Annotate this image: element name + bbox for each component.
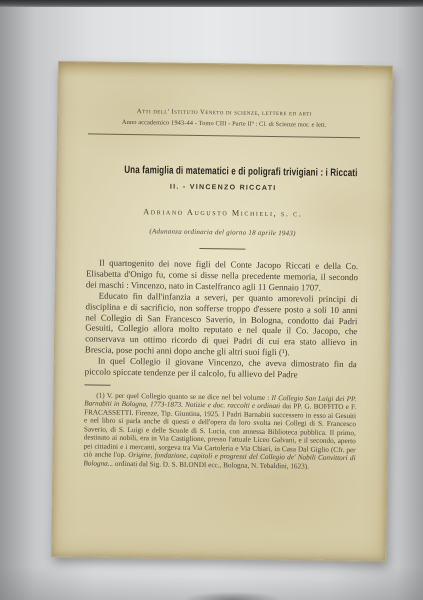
article-body: Il quartogenito dei nove figli del Conte… bbox=[85, 257, 359, 381]
article-title: Una famiglia di matematici e di poligraf… bbox=[124, 164, 357, 180]
journal-header: Atti dell' Istituto Veneto di scienze, l… bbox=[88, 107, 360, 138]
footnote-text: ordinati dal Sig. D. S. BLONDI ecc., Bol… bbox=[115, 460, 309, 471]
article-subtitle: II. - VINCENZO RICCATI bbox=[87, 182, 359, 193]
footnote-text: dai PP. G. BOFFITO e F. FRACASSETTI. Fir… bbox=[83, 403, 356, 460]
journal-title: Atti dell' Istituto Veneto di scienze, l… bbox=[88, 107, 360, 119]
header-rule bbox=[88, 133, 360, 138]
scan-edge-band bbox=[0, 0, 423, 7]
journal-issue-line: Anno accademico 1943-44 - Tomo CIII - Pa… bbox=[88, 118, 360, 130]
session-note: (Adunanza ordinaria del giorno 18 aprile… bbox=[87, 227, 359, 238]
paragraph-3: In quel Collegio il giovane Vincenzo, ch… bbox=[85, 356, 357, 382]
page-content: Atti dell' Istituto Veneto di scienze, l… bbox=[53, 62, 392, 472]
footnote: (1) V. per quel Collegio quanto se ne di… bbox=[83, 391, 356, 471]
title-block: Una famiglia di matematici e di poligraf… bbox=[87, 159, 359, 181]
title-divider-rule bbox=[199, 248, 245, 250]
paragraph-2: Educato fin dall'infanzia a severi, per … bbox=[85, 290, 358, 359]
document-page: Atti dell' Istituto Veneto di scienze, l… bbox=[51, 61, 393, 562]
footnote-divider-rule bbox=[84, 384, 110, 385]
article-author: Adriano Augusto Michieli, s. c. bbox=[87, 206, 359, 219]
scan-bottom-shadow bbox=[0, 566, 423, 600]
scanner-background: Atti dell' Istituto Veneto di scienze, l… bbox=[0, 0, 423, 600]
paragraph-1: Il quartogenito dei nove figli del Conte… bbox=[86, 257, 358, 294]
